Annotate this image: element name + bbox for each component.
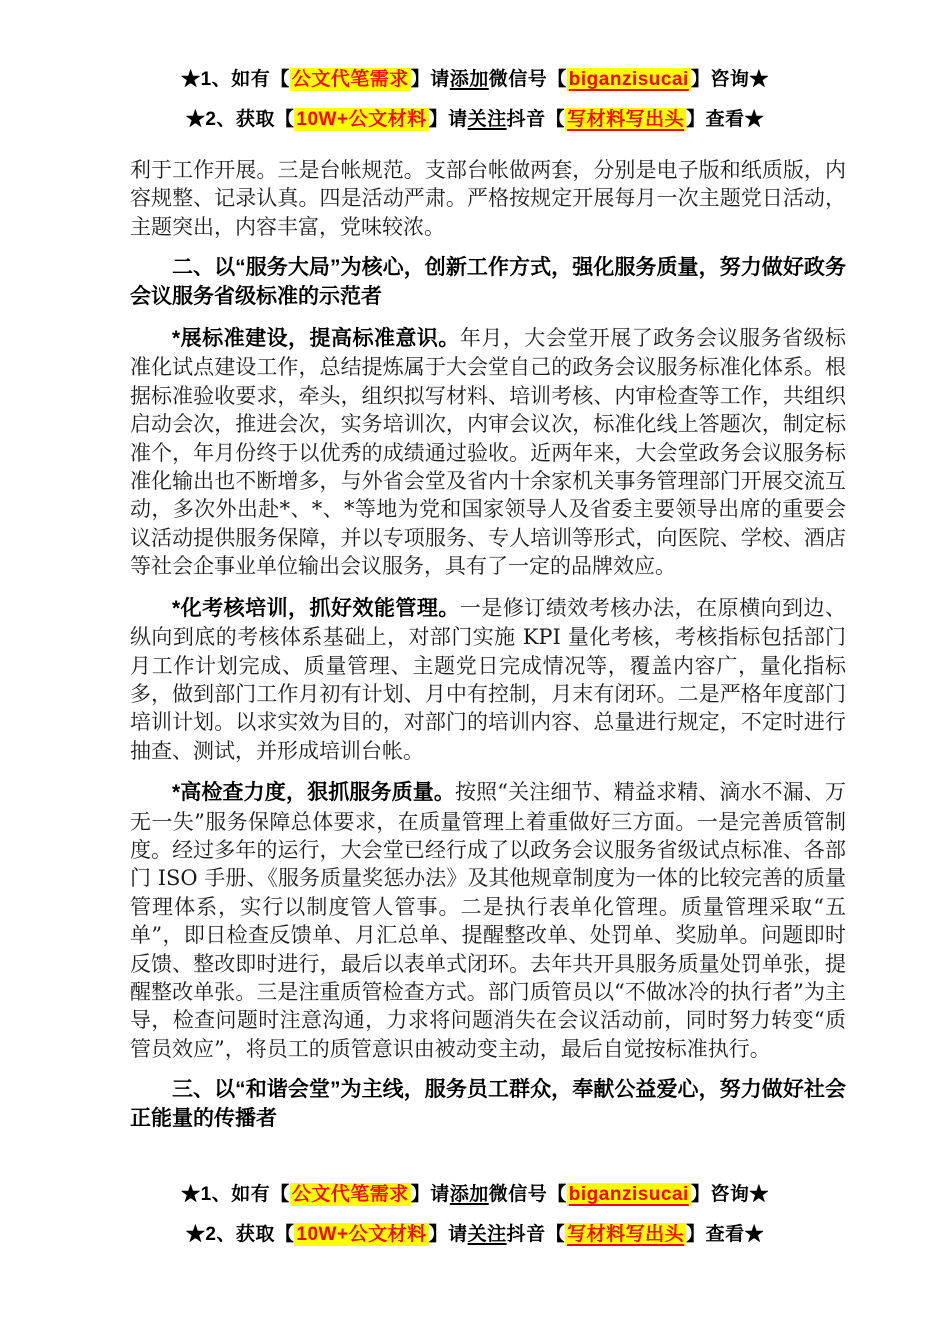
paragraph-lead: *展标准建设，提高标准意识。	[172, 327, 460, 350]
promo2-mid2: 抖音【	[507, 109, 566, 130]
promo1-mid1: 】请	[411, 1184, 450, 1205]
promo-header: ★1、如有【公文代笔需求】请添加微信号【biganzisucai】咨询★ ★2、…	[0, 68, 950, 132]
promo2-prefix: ★2、获取【	[186, 109, 295, 130]
promo1-wechat-id: biganzisucai	[567, 1183, 691, 1206]
paragraph-lead: *化考核培训，抓好效能管理。	[172, 597, 460, 620]
body-paragraph: 利于工作开展。三是台帐规范。支部台帐做两套，分别是电子版和纸质版，内容规整、记录…	[130, 156, 846, 241]
promo1-action-add: 添加	[450, 69, 489, 90]
promo1-mid2: 微信号【	[489, 69, 567, 90]
body-paragraph: *高检查力度，狠抓服务质量。按照“关注细节、精益求精、滴水不漏、万无一失”服务保…	[130, 778, 846, 1063]
promo2-douyin-id: 写材料写出头	[565, 1223, 686, 1246]
promo2-prefix: ★2、获取【	[186, 1224, 295, 1245]
promo1-action-add: 添加	[450, 1184, 489, 1205]
document-page: ★1、如有【公文代笔需求】请添加微信号【biganzisucai】咨询★ ★2、…	[0, 0, 950, 1344]
promo1-suffix: 】咨询★	[691, 69, 769, 90]
promo-footer-line-1: ★1、如有【公文代笔需求】请添加微信号【biganzisucai】咨询★	[0, 1183, 950, 1207]
promo1-suffix: 】咨询★	[691, 1184, 769, 1205]
promo2-suffix: 】查看★	[686, 1224, 764, 1245]
promo2-mid1: 】请	[429, 1224, 468, 1245]
promo1-mid2: 微信号【	[489, 1184, 567, 1205]
promo1-prefix: ★1、如有【	[181, 1184, 290, 1205]
promo1-mid1: 】请	[411, 69, 450, 90]
section-heading: 二、以“服务大局”为核心，创新工作方式，强化服务质量，努力做好政务会议服务省级标…	[130, 254, 846, 311]
body-paragraph: *展标准建设，提高标准意识。年月，大会堂开展了政务会议服务省级标准化试点建设工作…	[130, 324, 846, 581]
paragraph-lead: *高检查力度，狠抓服务质量。	[172, 781, 455, 804]
promo1-highlight-service: 公文代笔需求	[290, 1183, 411, 1206]
promo2-suffix: 】查看★	[686, 109, 764, 130]
promo2-action-follow: 关注	[468, 1224, 507, 1245]
promo2-mid1: 】请	[429, 109, 468, 130]
promo2-highlight-material: 10W+公文材料	[294, 108, 428, 131]
section-heading: 三、以“和谐会堂”为主线，服务员工群众，奉献公益爱心，努力做好社会正能量的传播者	[130, 1076, 846, 1133]
promo2-mid2: 抖音【	[507, 1224, 566, 1245]
promo1-highlight-service: 公文代笔需求	[290, 68, 411, 91]
body-paragraph: *化考核培训，抓好效能管理。一是修订绩效考核办法，在原横向到边、纵向到底的考核体…	[130, 594, 846, 765]
promo1-prefix: ★1、如有【	[181, 69, 290, 90]
document-body: 利于工作开展。三是台帐规范。支部台帐做两套，分别是电子版和纸质版，内容规整、记录…	[130, 156, 846, 1146]
promo2-highlight-material: 10W+公文材料	[294, 1223, 428, 1246]
promo-footer: ★1、如有【公文代笔需求】请添加微信号【biganzisucai】咨询★ ★2、…	[0, 1183, 950, 1247]
promo-line-1: ★1、如有【公文代笔需求】请添加微信号【biganzisucai】咨询★	[0, 68, 950, 92]
promo1-wechat-id: biganzisucai	[567, 68, 691, 91]
promo-footer-line-2: ★2、获取【10W+公文材料】请关注抖音【写材料写出头】查看★	[0, 1223, 950, 1247]
promo2-action-follow: 关注	[468, 109, 507, 130]
promo2-douyin-id: 写材料写出头	[565, 108, 686, 131]
promo-line-2: ★2、获取【10W+公文材料】请关注抖音【写材料写出头】查看★	[0, 108, 950, 132]
